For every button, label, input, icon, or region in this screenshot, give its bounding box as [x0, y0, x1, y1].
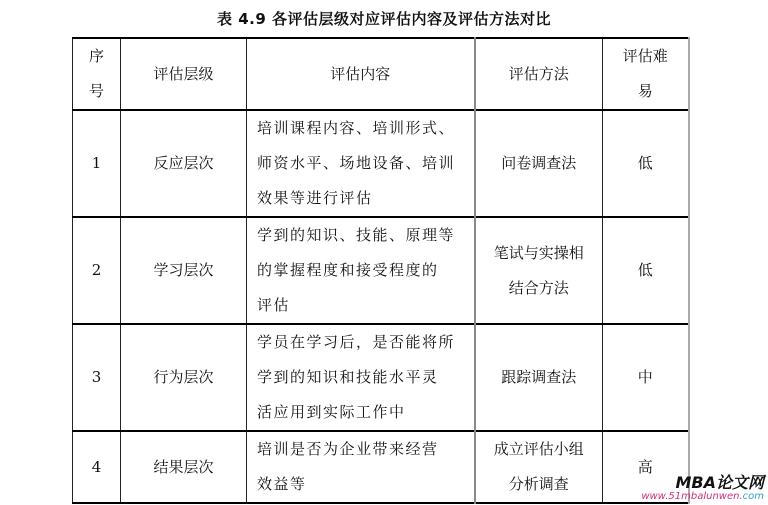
- table-row: 4 结果层次 培训是否为企业带来经营 效益等 成立评估小组 分析调查 高: [73, 431, 689, 503]
- cell-content: 培训是否为企业带来经营 效益等: [247, 431, 475, 503]
- cell-no: 3: [73, 324, 121, 431]
- cell-no: 2: [73, 217, 121, 324]
- cell-level: 反应层次: [121, 110, 247, 217]
- header-method: 评估方法: [475, 38, 603, 110]
- cell-content: 培训课程内容、培训形式、 师资水平、场地设备、培训 效果等进行评估: [247, 110, 475, 217]
- cell-difficulty: 中: [603, 324, 689, 431]
- table-row: 3 行为层次 学员在学习后，是否能将所 学到的知识和技能水平灵 活应用到实际工作…: [73, 324, 689, 431]
- watermark: MBA论文网 www.51mbalunwen.com: [641, 474, 764, 502]
- watermark-url: www.51mbalunwen.com: [641, 491, 764, 502]
- comparison-table: 序 号 评估层级 评估内容 评估方法 评估难 易 1 反应层次 培训课程内容、培…: [72, 37, 690, 504]
- header-level: 评估层级: [121, 38, 247, 110]
- cell-method: 问卷调查法: [475, 110, 603, 217]
- header-no: 序 号: [73, 38, 121, 110]
- cell-no: 1: [73, 110, 121, 217]
- cell-no: 4: [73, 431, 121, 503]
- header-difficulty: 评估难 易: [603, 38, 689, 110]
- cell-content: 学到的知识、技能、原理等 的掌握程度和接受程度的 评估: [247, 217, 475, 324]
- table-header-row: 序 号 评估层级 评估内容 评估方法 评估难 易: [73, 38, 689, 110]
- header-content: 评估内容: [247, 38, 475, 110]
- cell-method: 跟踪调查法: [475, 324, 603, 431]
- cell-difficulty: 低: [603, 217, 689, 324]
- cell-level: 行为层次: [121, 324, 247, 431]
- cell-content: 学员在学习后，是否能将所 学到的知识和技能水平灵 活应用到实际工作中: [247, 324, 475, 431]
- cell-method: 笔试与实操相 结合方法: [475, 217, 603, 324]
- table-row: 1 反应层次 培训课程内容、培训形式、 师资水平、场地设备、培训 效果等进行评估…: [73, 110, 689, 217]
- cell-difficulty: 低: [603, 110, 689, 217]
- cell-level: 学习层次: [121, 217, 247, 324]
- cell-level: 结果层次: [121, 431, 247, 503]
- table-row: 2 学习层次 学到的知识、技能、原理等 的掌握程度和接受程度的 评估 笔试与实操…: [73, 217, 689, 324]
- watermark-brand: MBA论文网: [641, 474, 764, 491]
- cell-method: 成立评估小组 分析调查: [475, 431, 603, 503]
- table-caption: 表 4.9 各评估层级对应评估内容及评估方法对比: [0, 8, 768, 29]
